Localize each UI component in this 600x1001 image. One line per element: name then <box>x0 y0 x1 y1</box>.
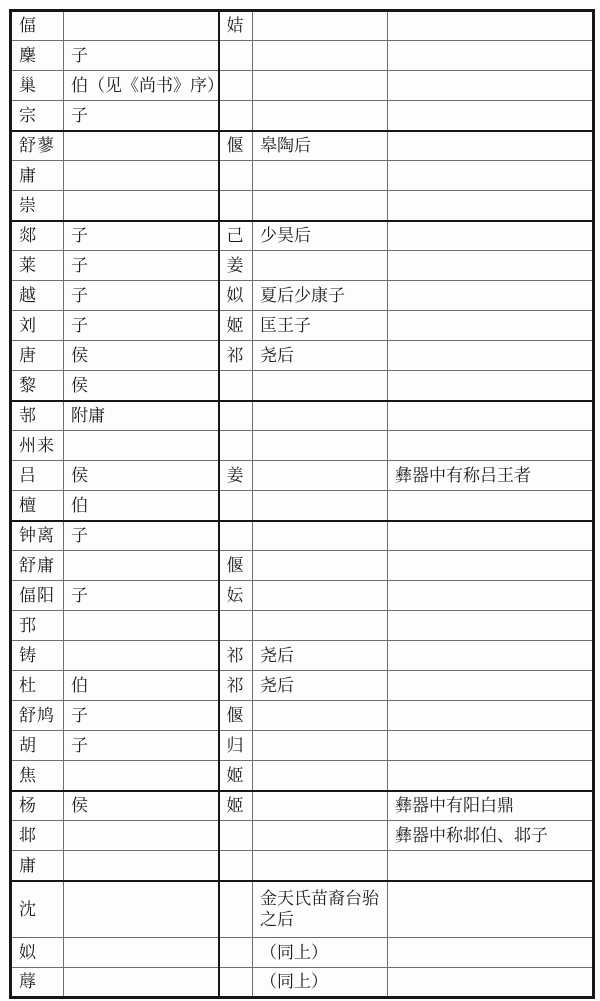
origin-cell <box>253 41 388 71</box>
state-name-cell: 唐 <box>11 341 64 371</box>
rank-cell: 子 <box>64 221 219 251</box>
origin-cell <box>253 11 388 41</box>
state-name-cell: 黎 <box>11 371 64 401</box>
note-cell <box>388 341 594 371</box>
state-name-cell: 邘 <box>11 611 64 641</box>
surname-cell: 姬 <box>219 311 253 341</box>
origin-cell <box>253 731 388 761</box>
state-name-cell: 邿 <box>11 401 64 431</box>
surname-cell <box>219 431 253 461</box>
origin-cell <box>253 71 388 101</box>
table-row: 杨 侯 姬 彝器中有阳白鼎 <box>11 791 594 821</box>
table-row: 邶 彝器中称邶伯、邶子 <box>11 821 594 851</box>
states-table: 偪 姞 麇 子 巢 伯（见《尚书》序） 宗 子 舒蓼 偃 皋陶后 庸 崇 <box>9 9 595 999</box>
surname-cell: 妘 <box>219 581 253 611</box>
surname-cell <box>219 938 253 968</box>
origin-cell: （同上） <box>253 968 388 998</box>
origin-cell <box>253 191 388 221</box>
surname-cell: 己 <box>219 221 253 251</box>
table-row: 黎 侯 <box>11 371 594 401</box>
state-name-cell: 姒 <box>11 938 64 968</box>
surname-cell: 姬 <box>219 761 253 791</box>
rank-cell: 侯 <box>64 341 219 371</box>
state-name-cell: 崇 <box>11 191 64 221</box>
origin-cell <box>253 431 388 461</box>
table-row: 吕 侯 姜 彝器中有称吕王者 <box>11 461 594 491</box>
table-row: 崇 <box>11 191 594 221</box>
surname-cell: 祁 <box>219 341 253 371</box>
state-name-cell: 麇 <box>11 41 64 71</box>
table-row: 刘 子 姬 匡王子 <box>11 311 594 341</box>
rank-cell: 子 <box>64 281 219 311</box>
rank-cell: 子 <box>64 251 219 281</box>
table-row: 舒鸠 子 偃 <box>11 701 594 731</box>
note-cell <box>388 761 594 791</box>
surname-cell <box>219 41 253 71</box>
rank-cell <box>64 938 219 968</box>
origin-cell: 匡王子 <box>253 311 388 341</box>
table-row: 州来 <box>11 431 594 461</box>
state-name-cell: 蓐 <box>11 968 64 998</box>
note-cell <box>388 641 594 671</box>
note-cell <box>388 521 594 551</box>
table-row: 舒庸 偃 <box>11 551 594 581</box>
origin-cell: 尧后 <box>253 341 388 371</box>
note-cell <box>388 161 594 191</box>
surname-cell <box>219 71 253 101</box>
surname-cell <box>219 881 253 938</box>
origin-cell <box>253 251 388 281</box>
table-row: 郯 子 己 少昊后 <box>11 221 594 251</box>
origin-cell <box>253 521 388 551</box>
note-cell <box>388 71 594 101</box>
note-cell <box>388 311 594 341</box>
rank-cell: 伯 <box>64 671 219 701</box>
table-row: 胡 子 归 <box>11 731 594 761</box>
origin-cell: 夏后少康子 <box>253 281 388 311</box>
table-row: 檀 伯 <box>11 491 594 521</box>
state-name-cell: 宗 <box>11 101 64 131</box>
note-cell <box>388 611 594 641</box>
state-name-cell: 偪 <box>11 11 64 41</box>
state-name-cell: 沈 <box>11 881 64 938</box>
origin-cell <box>253 371 388 401</box>
scanned-document-page: 偪 姞 麇 子 巢 伯（见《尚书》序） 宗 子 舒蓼 偃 皋陶后 庸 崇 <box>0 0 600 1001</box>
note-cell <box>388 968 594 998</box>
rank-cell: 子 <box>64 101 219 131</box>
state-name-cell: 庸 <box>11 851 64 881</box>
surname-cell <box>219 968 253 998</box>
surname-cell <box>219 401 253 431</box>
note-cell <box>388 851 594 881</box>
state-name-cell: 钟离 <box>11 521 64 551</box>
rank-cell: 子 <box>64 311 219 341</box>
state-name-cell: 焦 <box>11 761 64 791</box>
surname-cell <box>219 191 253 221</box>
state-name-cell: 吕 <box>11 461 64 491</box>
rank-cell: 侯 <box>64 371 219 401</box>
rank-cell: 侯 <box>64 791 219 821</box>
surname-cell <box>219 371 253 401</box>
note-cell <box>388 491 594 521</box>
state-name-cell: 刘 <box>11 311 64 341</box>
origin-cell <box>253 701 388 731</box>
table-row: 蓐 （同上） <box>11 968 594 998</box>
rank-cell: 子 <box>64 41 219 71</box>
table-row: 麇 子 <box>11 41 594 71</box>
origin-cell: 金天氏苗裔台骀之后 <box>253 881 388 938</box>
surname-cell <box>219 611 253 641</box>
origin-cell <box>253 401 388 431</box>
origin-cell <box>253 101 388 131</box>
origin-cell: 皋陶后 <box>253 131 388 161</box>
note-cell: 彝器中有称吕王者 <box>388 461 594 491</box>
surname-cell: 姒 <box>219 281 253 311</box>
rank-cell <box>64 161 219 191</box>
table-row: 莱 子 姜 <box>11 251 594 281</box>
origin-cell <box>253 461 388 491</box>
surname-cell <box>219 491 253 521</box>
rank-cell <box>64 851 219 881</box>
table-row: 偪 姞 <box>11 11 594 41</box>
table-row: 焦 姬 <box>11 761 594 791</box>
table-row: 庸 <box>11 161 594 191</box>
state-name-cell: 檀 <box>11 491 64 521</box>
note-cell <box>388 101 594 131</box>
origin-cell <box>253 851 388 881</box>
state-name-cell: 舒鸠 <box>11 701 64 731</box>
table-row: 邿 附庸 <box>11 401 594 431</box>
note-cell <box>388 431 594 461</box>
rank-cell: 伯 <box>64 491 219 521</box>
table-row: 宗 子 <box>11 101 594 131</box>
table-row: 杜 伯 祁 尧后 <box>11 671 594 701</box>
surname-cell: 偃 <box>219 551 253 581</box>
origin-cell <box>253 491 388 521</box>
origin-cell <box>253 551 388 581</box>
table-row: 唐 侯 祁 尧后 <box>11 341 594 371</box>
note-cell <box>388 881 594 938</box>
state-name-cell: 舒蓼 <box>11 131 64 161</box>
state-name-cell: 州来 <box>11 431 64 461</box>
note-cell <box>388 401 594 431</box>
rank-cell: 子 <box>64 521 219 551</box>
state-name-cell: 越 <box>11 281 64 311</box>
rank-cell <box>64 641 219 671</box>
note-cell <box>388 551 594 581</box>
surname-cell: 姬 <box>219 791 253 821</box>
rank-cell <box>64 821 219 851</box>
table-row: 姒 （同上） <box>11 938 594 968</box>
note-cell <box>388 731 594 761</box>
state-name-cell: 偪阳 <box>11 581 64 611</box>
note-cell <box>388 371 594 401</box>
state-name-cell: 巢 <box>11 71 64 101</box>
note-cell <box>388 671 594 701</box>
rank-cell: 伯（见《尚书》序） <box>64 71 219 101</box>
origin-cell <box>253 581 388 611</box>
rank-cell <box>64 551 219 581</box>
surname-cell: 归 <box>219 731 253 761</box>
table-row: 钟离 子 <box>11 521 594 551</box>
rank-cell <box>64 131 219 161</box>
state-name-cell: 庸 <box>11 161 64 191</box>
rank-cell: 附庸 <box>64 401 219 431</box>
table-row: 舒蓼 偃 皋陶后 <box>11 131 594 161</box>
state-name-cell: 胡 <box>11 731 64 761</box>
table-row: 越 子 姒 夏后少康子 <box>11 281 594 311</box>
rank-cell <box>64 968 219 998</box>
surname-cell: 姜 <box>219 461 253 491</box>
surname-cell: 偃 <box>219 701 253 731</box>
state-name-cell: 舒庸 <box>11 551 64 581</box>
table-row: 沈 金天氏苗裔台骀之后 <box>11 881 594 938</box>
note-cell: 彝器中有阳白鼎 <box>388 791 594 821</box>
note-cell: 彝器中称邶伯、邶子 <box>388 821 594 851</box>
table-row: 铸 祁 尧后 <box>11 641 594 671</box>
note-cell <box>388 191 594 221</box>
rank-cell <box>64 611 219 641</box>
surname-cell: 姞 <box>219 11 253 41</box>
origin-cell <box>253 791 388 821</box>
note-cell <box>388 701 594 731</box>
surname-cell: 祁 <box>219 641 253 671</box>
origin-cell <box>253 821 388 851</box>
note-cell <box>388 221 594 251</box>
note-cell <box>388 281 594 311</box>
table-row: 巢 伯（见《尚书》序） <box>11 71 594 101</box>
note-cell <box>388 938 594 968</box>
note-cell <box>388 131 594 161</box>
surname-cell <box>219 161 253 191</box>
rank-cell <box>64 431 219 461</box>
origin-cell: 尧后 <box>253 671 388 701</box>
rank-cell <box>64 761 219 791</box>
table-row: 偪阳 子 妘 <box>11 581 594 611</box>
rank-cell: 子 <box>64 701 219 731</box>
table-row: 邘 <box>11 611 594 641</box>
rank-cell: 子 <box>64 581 219 611</box>
rank-cell: 侯 <box>64 461 219 491</box>
note-cell <box>388 11 594 41</box>
surname-cell: 偃 <box>219 131 253 161</box>
origin-cell <box>253 611 388 641</box>
origin-cell: （同上） <box>253 938 388 968</box>
table-row: 庸 <box>11 851 594 881</box>
state-name-cell: 杨 <box>11 791 64 821</box>
note-cell <box>388 251 594 281</box>
note-cell <box>388 41 594 71</box>
surname-cell <box>219 521 253 551</box>
rank-cell: 子 <box>64 731 219 761</box>
state-name-cell: 邶 <box>11 821 64 851</box>
surname-cell: 祁 <box>219 671 253 701</box>
origin-cell: 尧后 <box>253 641 388 671</box>
surname-cell <box>219 101 253 131</box>
rank-cell <box>64 191 219 221</box>
surname-cell <box>219 821 253 851</box>
origin-cell: 少昊后 <box>253 221 388 251</box>
origin-cell <box>253 761 388 791</box>
note-cell <box>388 581 594 611</box>
rank-cell <box>64 11 219 41</box>
rank-cell <box>64 881 219 938</box>
surname-cell <box>219 851 253 881</box>
state-name-cell: 铸 <box>11 641 64 671</box>
state-name-cell: 杜 <box>11 671 64 701</box>
origin-cell <box>253 161 388 191</box>
state-name-cell: 莱 <box>11 251 64 281</box>
state-name-cell: 郯 <box>11 221 64 251</box>
surname-cell: 姜 <box>219 251 253 281</box>
